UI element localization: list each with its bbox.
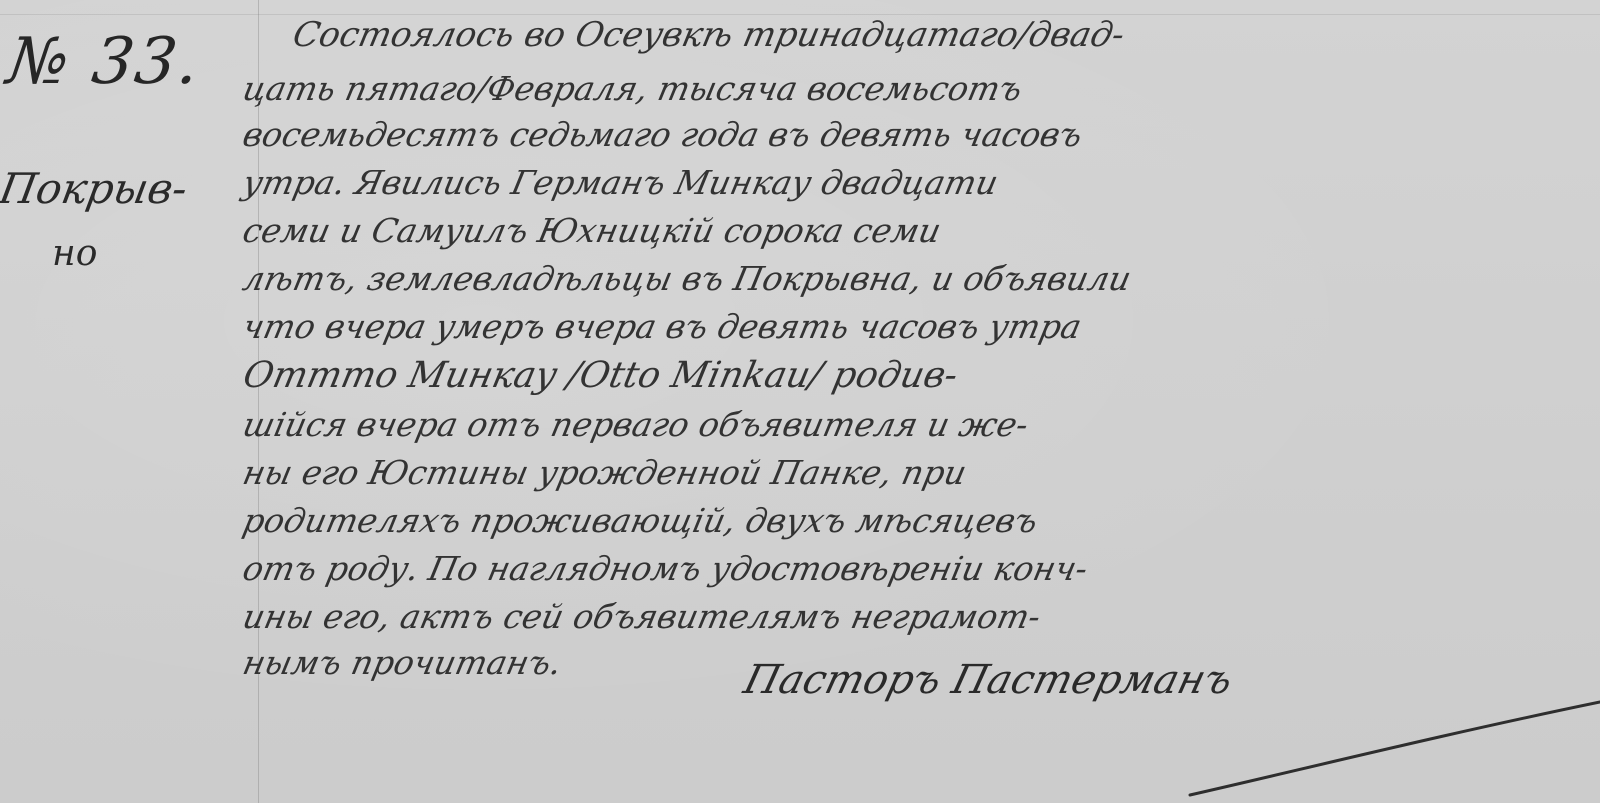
record-line-6: лѣтъ, землевладѣльцы въ Покрывна, и объя… <box>240 262 1134 295</box>
pastor-signature: Пасторъ Пастерманъ <box>740 660 1236 700</box>
record-line-4: утра. Явились Германъ Минкау двадцати <box>240 166 1001 199</box>
record-line-10: ны его Юстины урожденной Панке, при <box>240 456 969 489</box>
entry-number: № 33. <box>4 30 206 94</box>
record-line-8: Оттто Минкау /Otto Minkau/ родив- <box>240 358 961 394</box>
record-line-12: отъ роду. По наглядномъ удостовѣреніи ко… <box>240 552 1091 585</box>
record-line-2: цать пятаго/Февраля, тысяча восемьсотъ <box>240 72 1025 105</box>
record-line-14: нымъ прочитанъ. <box>240 646 565 679</box>
record-line-1: Состоялось во Осеувкѣ тринадцатаго/двад- <box>290 18 1128 52</box>
signature-flourish-line <box>1180 690 1600 800</box>
record-line-13: ины его, актъ сей объявителямъ неграмот- <box>240 600 1044 633</box>
record-line-5: семи и Самуилъ Юхницкій сорока семи <box>240 214 944 247</box>
record-line-9: шійся вчера отъ перваго объявителя и же- <box>240 408 1031 441</box>
place-name-margin: Покрыв- <box>0 168 190 210</box>
record-line-3: восемьдесятъ седьмаго года въ девять час… <box>240 118 1085 151</box>
record-line-7: что вчера умеръ вчера въ девять часовъ у… <box>240 310 1084 343</box>
place-name-margin-continued: но <box>52 236 97 272</box>
record-line-11: родителяхъ проживающій, двухъ мѣсяцевъ <box>240 504 1041 537</box>
document-page: № 33. Покрыв- но Состоялось во Осеувкѣ т… <box>0 0 1600 803</box>
